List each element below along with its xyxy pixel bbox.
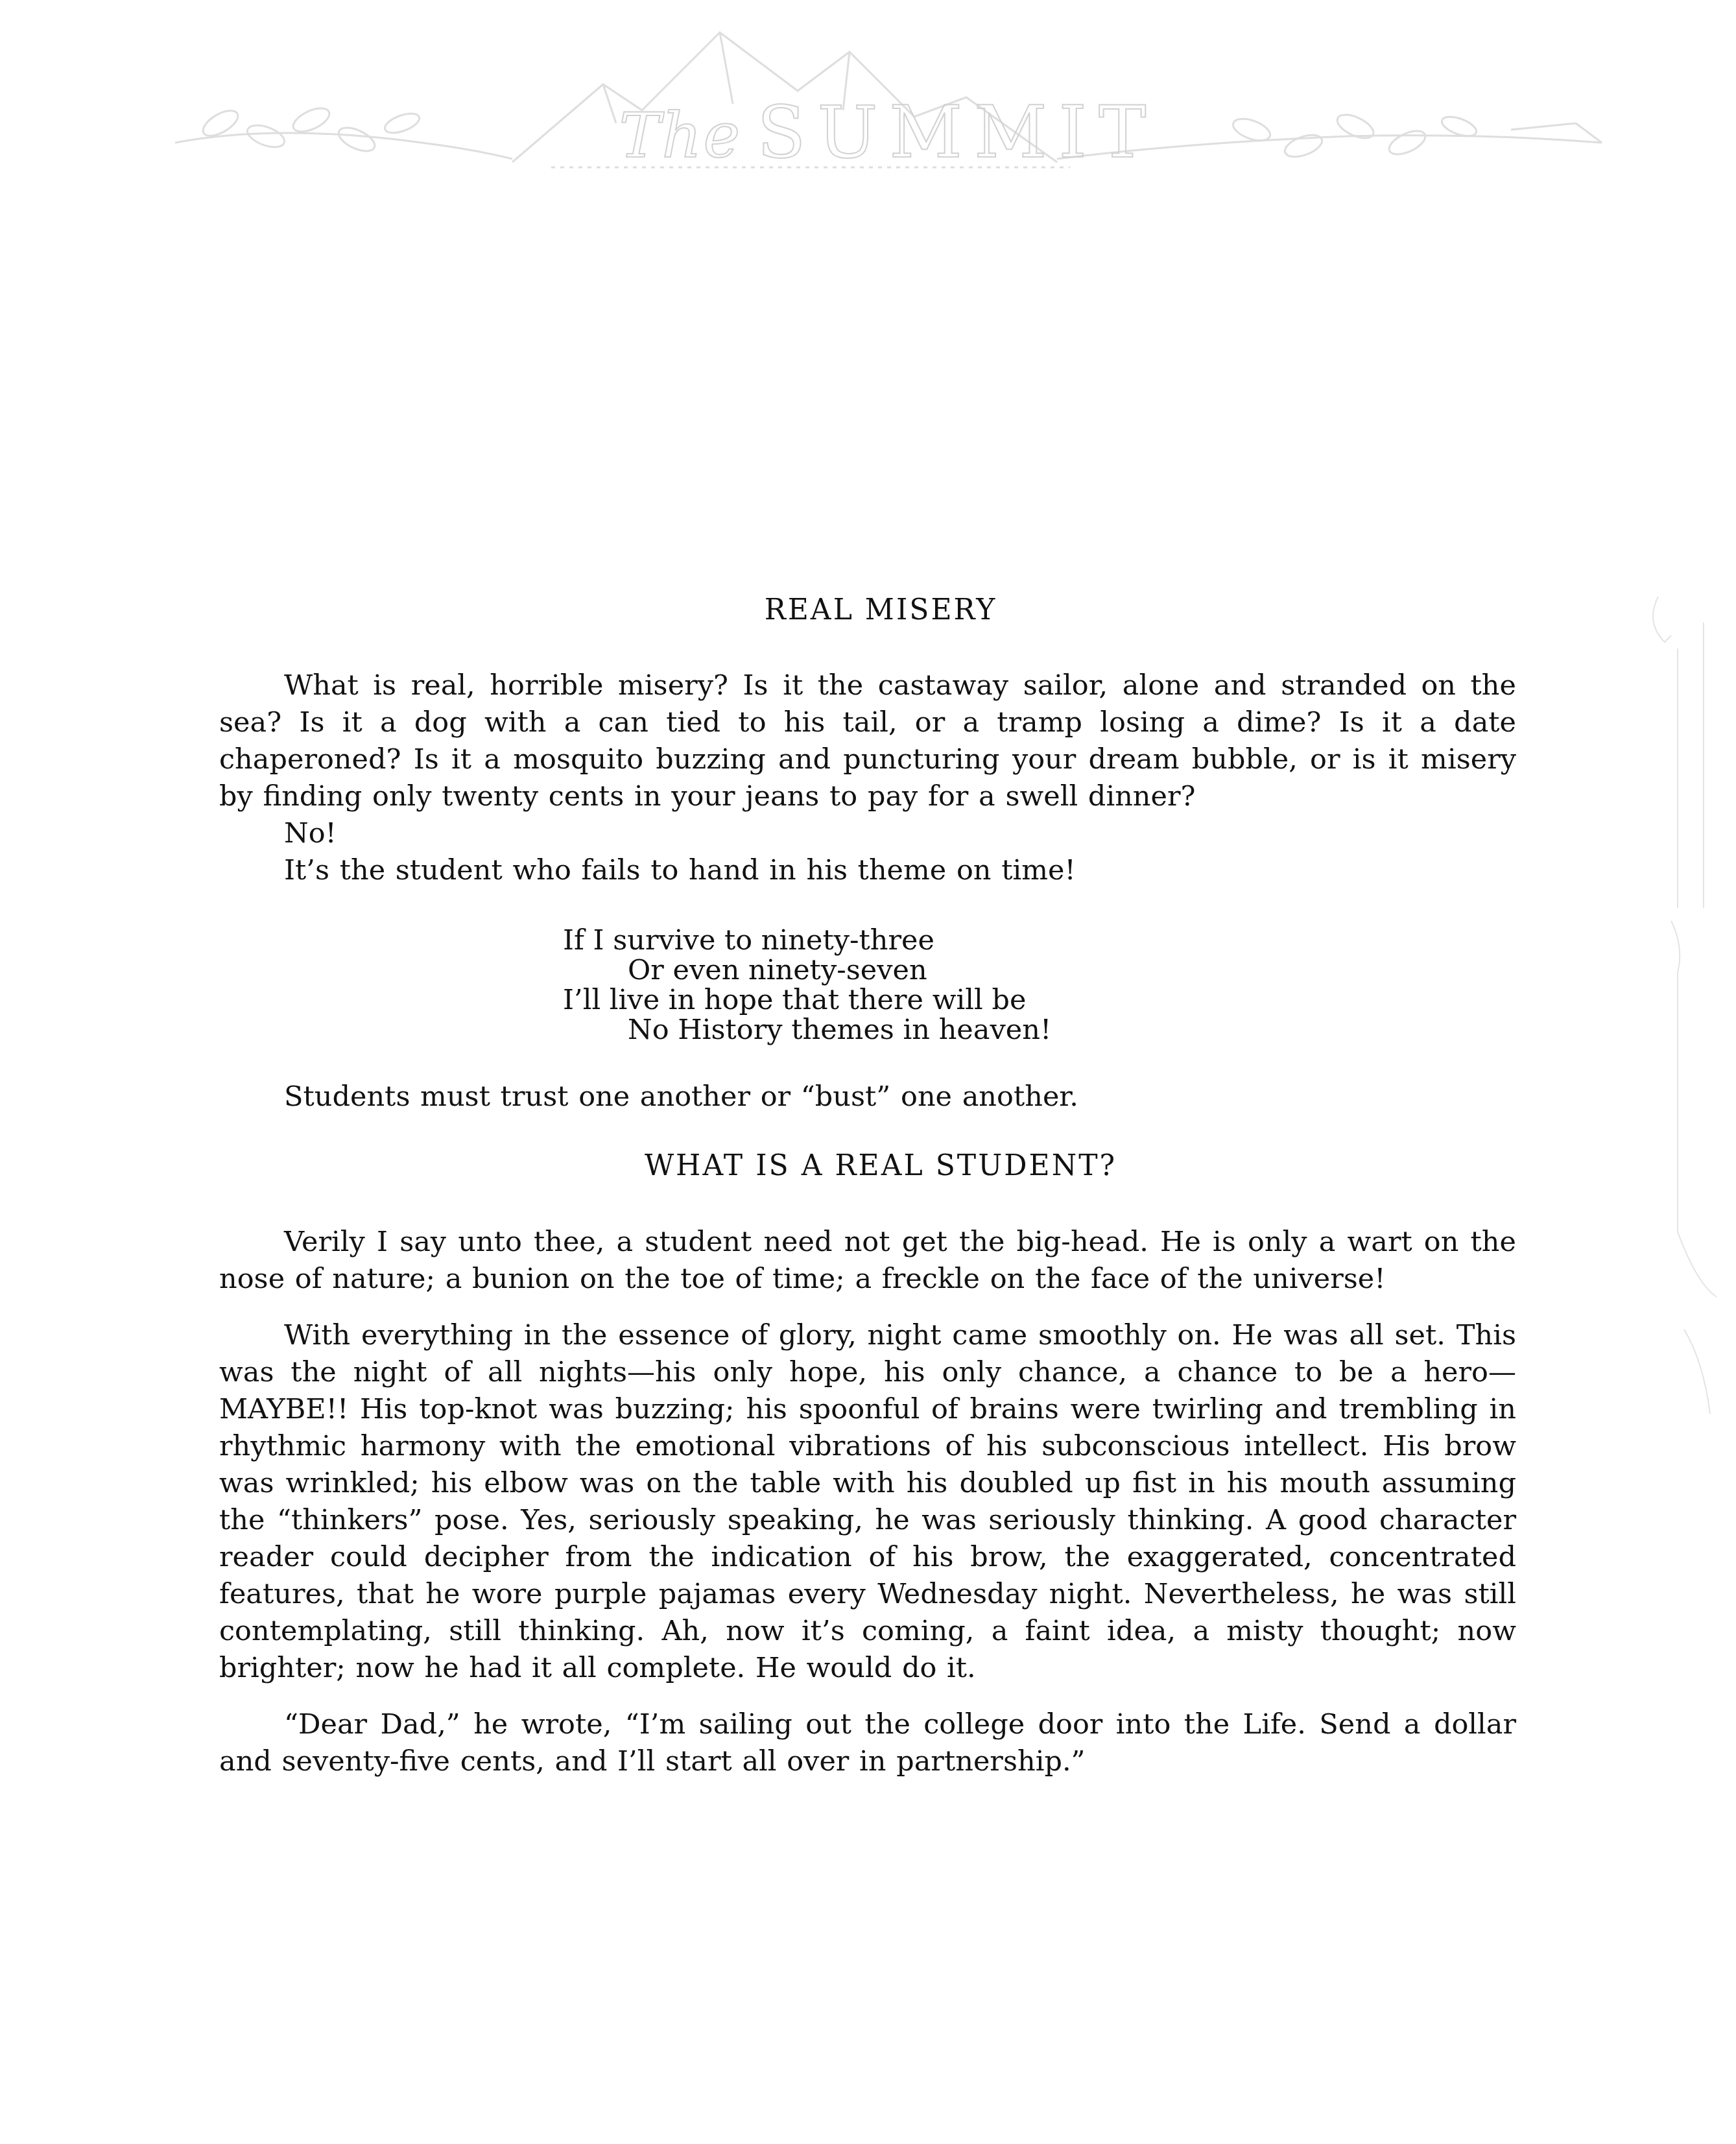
paragraph: It’s the student who fails to hand in hi… [219, 852, 1516, 889]
poem: If I survive to ninety-three Or even nin… [219, 925, 1516, 1045]
section-title: REAL MISERY [219, 593, 1516, 626]
section-what-is-a-real-student: WHAT IS A REAL STUDENT? Verily I say unt… [219, 1149, 1516, 1780]
section-real-misery: REAL MISERY What is real, horrible miser… [219, 593, 1516, 1115]
page-edge-decoration-icon [1632, 584, 1723, 1427]
masthead-title: TheSUMMIT [149, 91, 1628, 174]
masthead-name: SUMMIT [757, 91, 1158, 174]
edge-scan-ornament [1632, 584, 1723, 1427]
paragraph: No! [219, 815, 1516, 852]
closing-line: Students must trust one another or “bust… [219, 1078, 1516, 1115]
masthead-prefix: The [619, 99, 742, 172]
page-content: REAL MISERY What is real, horrible miser… [219, 593, 1516, 1780]
paragraph: With everything in the essence of glory,… [219, 1317, 1516, 1687]
paragraph: Verily I say unto thee, a student need n… [219, 1224, 1516, 1298]
poem-line: No History themes in heaven! [563, 1015, 1516, 1045]
poem-line: I’ll live in hope that there will be [563, 985, 1516, 1015]
section-title: WHAT IS A REAL STUDENT? [219, 1149, 1516, 1182]
paragraph: “Dear Dad,” he wrote, “I’m sailing out t… [219, 1706, 1516, 1780]
poem-line: Or even ninety-seven [563, 955, 1516, 985]
poem-line: If I survive to ninety-three [563, 925, 1516, 955]
masthead: TheSUMMIT [149, 13, 1628, 182]
paragraph: What is real, horrible misery? Is it the… [219, 667, 1516, 815]
